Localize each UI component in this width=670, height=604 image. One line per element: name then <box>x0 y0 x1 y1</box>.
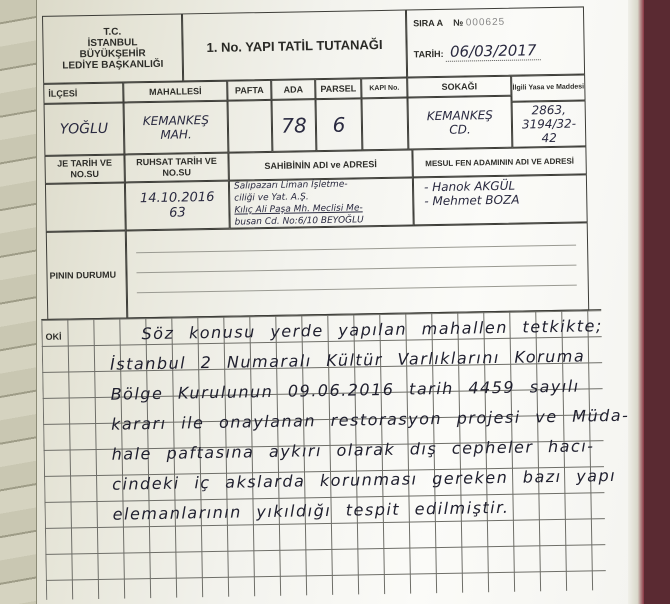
value-parsel: 6 <box>315 98 362 151</box>
value-kapi-no <box>361 98 408 151</box>
value-pafta <box>228 100 273 153</box>
col-ilgili-yasa: İlgili Yasa ve Maddesi <box>511 74 585 101</box>
institution-line: LEDİYE BAŞKANLIĞI <box>62 59 163 72</box>
institution-line: İSTANBUL <box>87 37 137 49</box>
value-ilgili-yasa: 2863, 3194/32-42 <box>512 100 587 147</box>
institution-line: T.C. <box>103 27 121 38</box>
sira-label: SIRA A <box>413 18 443 29</box>
form-title: 1. No. YAPI TATİL TUTANAĞI <box>206 36 382 54</box>
value-mahallesi: KEMANKEŞ MAH. <box>124 101 229 155</box>
tarih-value: 06/03/2017 <box>446 41 541 62</box>
col-parsel: PARSEL <box>315 78 361 99</box>
value-ruhsat: 14.10.2016 63 <box>125 181 230 231</box>
tarih-label: TARİH: <box>414 49 444 60</box>
page-edge <box>628 0 644 604</box>
col-mahallesi: MAHALLESİ <box>123 81 227 103</box>
value-ada: 78 <box>272 99 317 152</box>
col-kapi-no: KAPI No. <box>361 78 407 99</box>
label-sahibi: SAHİBİNİN ADI ve ADRESİ <box>228 149 412 180</box>
col-ada: ADA <box>271 79 315 100</box>
tutanak-form: T.C. İSTANBUL BÜYÜKŞEHİR LEDİYE BAŞKANLI… <box>36 6 594 595</box>
col-pafta: PAFTA <box>227 80 271 101</box>
value-sahibi: Salıpazarı Liman İşletme- ciliği ve Yat.… <box>229 177 414 228</box>
no-label: № <box>453 18 463 28</box>
label-mesul: MESUL FEN ADAMININ ADI VE ADRESİ <box>412 146 586 177</box>
book-binding <box>0 0 37 604</box>
serial-number: 000625 <box>466 17 506 29</box>
label-durum: PININ DURUMU <box>46 230 128 319</box>
sira-tarih-cell: SIRA A № 000625 TARİH: 06/03/2017 <box>406 6 585 77</box>
form-title-cell: 1. No. YAPI TATİL TUTANAĞI <box>182 10 407 82</box>
value-ilcesi: YOĞLU <box>44 102 125 155</box>
ruhsat-tarih: 14.10.2016 <box>140 190 215 206</box>
value-sokagi: KEMANKEŞ CD. <box>407 96 512 150</box>
label-proje-tarih: JE TARİH VE NO.SU <box>44 154 124 183</box>
ruhsat-no: 63 <box>169 205 186 220</box>
col-ilcesi: İLÇESİ <box>43 82 123 103</box>
value-proje-tarih <box>45 182 126 231</box>
value-mesul: - Hanok AKGÜL - Mehmet BOZA <box>413 174 588 225</box>
label-ruhsat-tarih: RUHSAT TARİH VE NO.SU <box>124 153 228 183</box>
document-page: T.C. İSTANBUL BÜYÜKŞEHİR LEDİYE BAŞKANLI… <box>0 0 640 604</box>
institution-block: T.C. İSTANBUL BÜYÜKŞEHİR LEDİYE BAŞKANLI… <box>42 13 183 83</box>
notes-label: OKİ <box>46 332 62 343</box>
col-sokagi: SOKAĞI <box>407 76 511 98</box>
